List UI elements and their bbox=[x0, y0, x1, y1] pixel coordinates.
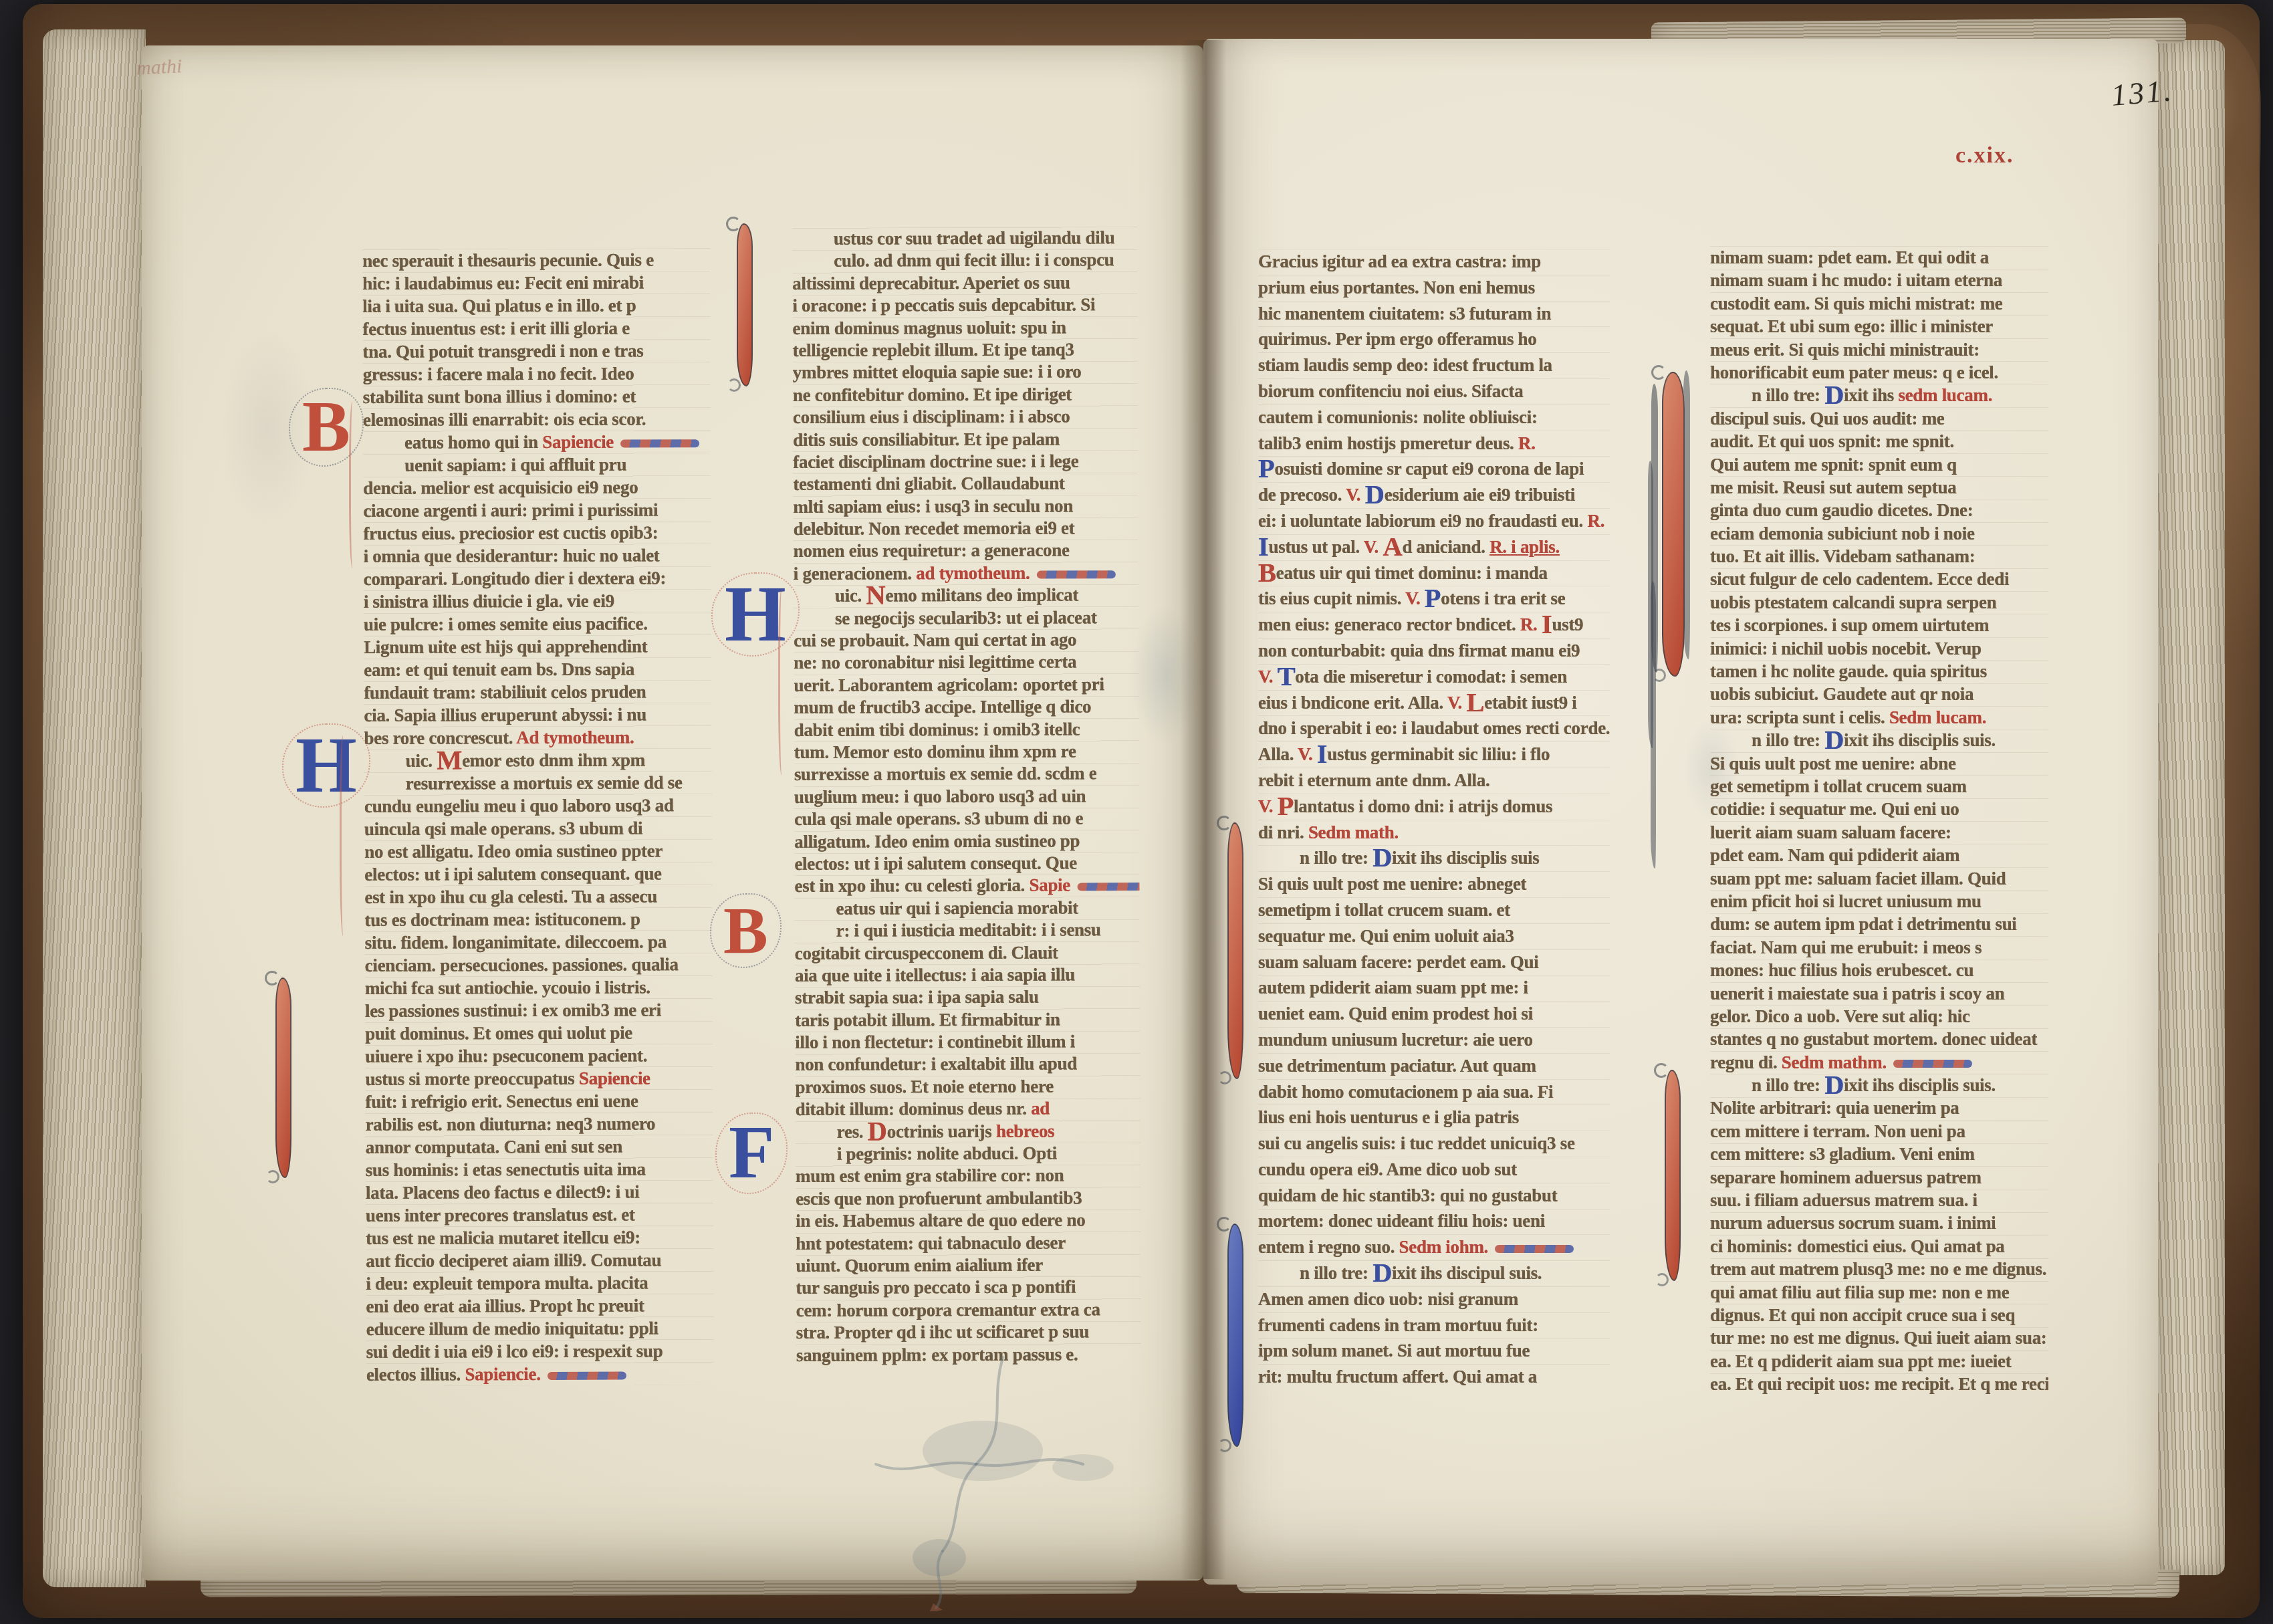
text-line: mortem: donec uideant filiu hois: ueni bbox=[1258, 1208, 1610, 1234]
text-line: ura: scripta sunt i celis. Sedm lucam. bbox=[1710, 706, 2048, 729]
body-text: men eius: generaco rector bndicet. bbox=[1258, 614, 1520, 634]
text-line: lia i uita sua. Qui platus e in illo. et… bbox=[362, 294, 710, 318]
body-text: cui se probauit. Nam qui certat in ago bbox=[794, 629, 1076, 650]
text-line: entem i regno suo. Sedm iohm. bbox=[1258, 1234, 1610, 1260]
body-text: emo militans deo implicat bbox=[885, 585, 1078, 606]
body-text: altissimi deprecabitur. Aperiet os suu bbox=[792, 272, 1070, 293]
versal-letter: L bbox=[1467, 690, 1485, 716]
text-line: tuo. Et ait illis. Videbam sathanam: bbox=[1710, 545, 2048, 568]
text-line: discipul suis. Qui uos audit: me bbox=[1710, 407, 2048, 430]
body-text: educere illum de medio iniquitatu: ppli bbox=[366, 1318, 659, 1339]
marginal-note: mathi bbox=[136, 55, 183, 80]
text-line: tna. Qui potuit transgredi i non e tras bbox=[363, 339, 711, 363]
text-line: audit. Et qui uos spnit: me spnit. bbox=[1710, 430, 2048, 453]
body-text: tur sanguis pro peccato i sca p pontifi bbox=[796, 1277, 1076, 1298]
body-text: i omnia que desiderantur: huic no ualet bbox=[364, 545, 660, 566]
body-text: etabit iust9 i bbox=[1484, 693, 1576, 713]
body-text: frumenti cadens in tram mortuu fuit: bbox=[1258, 1315, 1538, 1335]
text-line: non confundetur: i exaltabit illu apud bbox=[795, 1053, 1140, 1076]
body-text: cundu eungeliu meu i quo laboro usq3 ad bbox=[364, 795, 674, 816]
body-text: comparari. Longitudo dier i dextera ei9: bbox=[364, 568, 667, 589]
text-line: uenerit i maiestate sua i patris i scoy … bbox=[1710, 982, 2048, 1005]
line-filler-ornament bbox=[1036, 570, 1115, 578]
body-text: eatus uir qui i sapiencia morabit bbox=[836, 897, 1079, 918]
text-line: mum de fructib3 accipe. Intellige q dico bbox=[794, 695, 1139, 719]
text-line: nimam suam i hc mudo: i uitam eterna bbox=[1710, 269, 2048, 292]
body-text: tis eius cupit nimis. bbox=[1258, 588, 1405, 608]
text-line: rit: multu fructum affert. Qui amat a bbox=[1258, 1364, 1610, 1390]
body-text: nomen eius requiretur: a generacone bbox=[794, 540, 1070, 561]
manuscript-photo: mathi 131. c.xix. nec sperauit i thesaur… bbox=[0, 0, 2273, 1624]
body-text: tus est ne malicia mutaret itellcu ei9: bbox=[366, 1227, 640, 1248]
body-text: est in xpo ihu: cu celesti gloria. bbox=[794, 875, 1029, 896]
text-line: ditabit illum: dominus deus nr. ad bbox=[796, 1097, 1141, 1121]
body-text: cotidie: i sequatur me. Qui eni uo bbox=[1710, 799, 1959, 819]
rubric-text: Sedm math. bbox=[1308, 822, 1399, 842]
body-text: ei: i uoluntate labiorum ei9 no fraudast… bbox=[1258, 511, 1587, 531]
text-line: ci hominis: domestici eius. Qui amat pa bbox=[1710, 1235, 2048, 1258]
text-line: Gracius igitur ad ea extra castra: imp bbox=[1258, 249, 1610, 275]
body-text: eatus uir qui timet dominu: i manda bbox=[1276, 563, 1548, 583]
rubric-text: V. bbox=[1298, 744, 1312, 764]
body-text: sequatur me. Qui enim uoluit aia3 bbox=[1258, 926, 1514, 946]
body-text: dabit homo comutacionem p aia sua. Fi bbox=[1258, 1082, 1553, 1102]
rubric-text: Sedm iohm. bbox=[1399, 1237, 1489, 1257]
text-line: cem mittere i terram. Non ueni pa bbox=[1710, 1120, 2048, 1143]
body-text: uenit sapiam: i qui affluit pru bbox=[404, 455, 626, 475]
text-line: dabit homo comutacionem p aia sua. Fi bbox=[1258, 1079, 1610, 1105]
body-text: esiderium aie ei9 tribuisti bbox=[1385, 485, 1575, 505]
body-text: delebitur. Non recedet memoria ei9 et bbox=[794, 518, 1075, 539]
rubric-text: V. bbox=[1405, 588, 1420, 608]
body-text: entem i regno suo. bbox=[1258, 1237, 1399, 1257]
text-line: se negocijs secularib3: ut ei placeat bbox=[794, 606, 1139, 630]
text-line: di nri. Sedm math. bbox=[1258, 820, 1610, 846]
body-text: dno i sperabit i eo: i laudabut omes rec… bbox=[1258, 718, 1610, 738]
text-line: educere illum de medio iniquitatu: ppli bbox=[366, 1316, 714, 1341]
text-line: i omnia que desiderantur: huic no ualet bbox=[364, 544, 711, 568]
text-line: les passiones sustinui: i ex omib3 me er… bbox=[365, 998, 713, 1022]
body-text: Si quis uult post me uenire: abneget bbox=[1258, 874, 1526, 894]
text-line: uie pulcre: i omes semite eius pacifice. bbox=[364, 612, 711, 636]
body-text: Alla. bbox=[1258, 744, 1298, 764]
body-text: enim pficit hoi si lucret uniusum mu bbox=[1710, 891, 1982, 911]
rubric-text: V. bbox=[1258, 796, 1273, 816]
body-text: uic. bbox=[835, 586, 866, 606]
text-line: eatus uir qui i sapiencia morabit bbox=[795, 897, 1140, 920]
body-text: ci hominis: domestici eius. Qui amat pa bbox=[1710, 1236, 2005, 1256]
rubric-text: Sedm lucam. bbox=[1889, 707, 1986, 727]
text-line: me misit. Reusi sut autem septua bbox=[1710, 476, 2048, 499]
text-line: qui amat filiu aut filia sup me: non e m… bbox=[1710, 1281, 2048, 1304]
versal-letter: D bbox=[1824, 384, 1844, 407]
body-text: cundu opera ei9. Ame dico uob sut bbox=[1258, 1159, 1517, 1179]
text-line: dencia. melior est acquisicio ei9 nego bbox=[363, 475, 711, 499]
text-line: i deu: expleuit tempora multa. placita bbox=[366, 1271, 713, 1295]
text-line: Iustus ut pal. V. Ad aniciand. R. i apli… bbox=[1258, 534, 1610, 560]
text-line: uenit sapiam: i qui affluit pru bbox=[363, 453, 711, 477]
versal-letter: P bbox=[1425, 586, 1441, 612]
text-line: nimam suam: pdet eam. Et qui odit a bbox=[1710, 246, 2048, 269]
body-text: ea. Et qui recipit uos: me recipit. Et q… bbox=[1710, 1374, 2048, 1394]
rubric-text: Sapiencie bbox=[579, 1068, 650, 1088]
body-text: se negocijs secularib3: ut ei placeat bbox=[835, 607, 1097, 628]
text-line: regnu di. Sedm mathm. bbox=[1710, 1051, 2048, 1074]
text-line: stra. Propter qd i ihc ut scificaret p s… bbox=[796, 1320, 1141, 1344]
text-line: telligencie replebit illum. Et ipe tanq3 bbox=[793, 338, 1138, 362]
text-line: illo i non flectetur: i continebit illum… bbox=[795, 1030, 1140, 1054]
body-text: i deu: expleuit tempora multa. placita bbox=[366, 1272, 648, 1293]
versal-letter: D bbox=[1365, 482, 1385, 508]
rubric-text: V. bbox=[1346, 485, 1360, 505]
body-text: hic: i laudabimus eu: Fecit eni mirabi bbox=[362, 272, 644, 293]
body-text: puit dominus. Et omes qui uolut pie bbox=[365, 1023, 632, 1044]
body-text: fectus inuentus est: i erit illi gloria … bbox=[362, 318, 629, 339]
text-line: eni deo erat aia illius. Propt hc preuit bbox=[366, 1294, 713, 1318]
text-line: pdet eam. Nam qui pdiderit aiam bbox=[1710, 844, 2048, 866]
body-text: n illo tre: bbox=[1752, 1075, 1824, 1095]
versal-letter: P bbox=[1278, 794, 1294, 820]
text-line: Posuisti domine sr caput ei9 corona de l… bbox=[1258, 456, 1610, 482]
text-line: aia que uite i itellectus: i aia sapia i… bbox=[795, 963, 1140, 987]
body-text: emor esto dnm ihm xpm bbox=[462, 749, 645, 770]
text-line: Amen amen dico uob: nisi granum bbox=[1258, 1286, 1610, 1312]
text-line: testamenti dni gliabit. Collaudabunt bbox=[793, 472, 1138, 495]
body-text: uobis ptestatem calcandi supra serpen bbox=[1710, 592, 1996, 612]
text-line: Si quis uult post me uenire: abneget bbox=[1258, 871, 1610, 897]
text-line: rebit i eternum ante dnm. Alla. bbox=[1258, 768, 1610, 794]
body-text: uens inter precores translatus est. et bbox=[366, 1204, 635, 1225]
body-text: qui amat filiu aut filia sup me: non e m… bbox=[1710, 1282, 2009, 1302]
text-line: altissimi deprecabitur. Aperiet os suu bbox=[792, 271, 1137, 295]
body-text: autem pdiderit aiam suam ppt me: i bbox=[1258, 977, 1528, 998]
body-text: me misit. Reusi sut autem septua bbox=[1710, 477, 1956, 497]
line-filler-ornament bbox=[1893, 1060, 1972, 1068]
text-line: cundu eungeliu meu i quo laboro usq3 ad bbox=[364, 794, 712, 818]
line-filler-ornament bbox=[620, 439, 699, 447]
body-text: alligatum. Ideo enim omia sustineo pp bbox=[794, 830, 1080, 851]
text-line: res. Doctrinis uarijs hebreos bbox=[796, 1120, 1141, 1143]
text-line: Beatus uir qui timet dominu: i manda bbox=[1258, 560, 1610, 586]
page-edges-left bbox=[43, 29, 146, 1587]
text-line: uens inter precores translatus est. et bbox=[366, 1203, 713, 1227]
text-line: cautem i comunionis: nolite obliuisci: bbox=[1258, 404, 1610, 431]
text-line: faciet disciplinam doctrine sue: i i leg… bbox=[793, 450, 1138, 473]
body-text: tuo. Et ait illis. Videbam sathanam: bbox=[1710, 546, 1976, 566]
body-text: n illo tre: bbox=[1752, 385, 1824, 405]
text-line: non conturbabit: quia dns firmat manu ei… bbox=[1258, 638, 1610, 664]
body-text: testamenti dni gliabit. Collaudabunt bbox=[793, 473, 1064, 494]
body-text: audit. Et qui uos spnit: me spnit. bbox=[1710, 431, 1954, 451]
body-text: ea. Et q pdiderit aiam sua ppt me: iueie… bbox=[1710, 1351, 2011, 1371]
text-line: ea. Et qui recipit uos: me recipit. Et q… bbox=[1710, 1373, 2048, 1395]
body-text: otens i tra erit se bbox=[1441, 588, 1565, 608]
body-text: get semetipm i tollat crucem suam bbox=[1710, 776, 1967, 796]
text-line: tus est ne malicia mutaret itellcu ei9: bbox=[366, 1226, 713, 1250]
body-text: meus erit. Si quis michi ministrauit: bbox=[1710, 340, 1980, 360]
body-text: i generacionem. bbox=[794, 563, 917, 584]
decorated-initial-I bbox=[275, 977, 291, 1178]
decorated-initial-H: H bbox=[725, 583, 786, 646]
text-line: Qui autem me spnit: spnit eum q bbox=[1710, 453, 2048, 476]
body-text: ginta duo cum gaudio dicetes. Dne: bbox=[1710, 500, 1973, 520]
body-text: eam: et qui tenuit eam bs. Dns sapia bbox=[364, 659, 634, 679]
text-line: surrexisse a mortuis ex semie dd. scdm e bbox=[794, 762, 1139, 786]
body-text: Si quis uult post me uenire: abne bbox=[1710, 753, 1956, 774]
text-line: cem mittere: s3 gladium. Veni enim bbox=[1710, 1143, 2048, 1165]
text-line: fructus eius. preciosior est cuctis opib… bbox=[363, 521, 711, 545]
text-line: uic. Memor esto dnm ihm xpm bbox=[364, 748, 712, 772]
text-line: i pegrinis: nolite abduci. Opti bbox=[796, 1142, 1141, 1165]
body-text: mones: huc filius hois erubescet. cu bbox=[1710, 960, 1973, 980]
body-text: mlti sapiam eius: i usq3 in seculu non bbox=[793, 495, 1073, 516]
body-text: lia i uita sua. Qui platus e in illo. et… bbox=[362, 295, 636, 316]
text-line: quidam de hic stantib3: qui no gustabut bbox=[1258, 1183, 1610, 1209]
text-line: semetipm i tollat crucem suam. et bbox=[1258, 897, 1610, 923]
text-line: ne confitebitur domino. Et ipe diriget bbox=[793, 383, 1138, 407]
body-text: telligencie replebit illum. Et ipe tanq3 bbox=[793, 339, 1074, 360]
body-text: illo i non flectetur: i continebit illum… bbox=[795, 1031, 1075, 1052]
text-line: biorum confitenciu noi eius. Sifacta bbox=[1258, 378, 1610, 404]
body-text: suam saluam facere: perdet eam. Qui bbox=[1258, 952, 1538, 972]
text-line: ustus cor suu tradet ad uigilandu dilu bbox=[792, 227, 1137, 250]
body-text: tes i scorpiones. i sup omem uirtutem bbox=[1710, 615, 1989, 635]
body-text: talib3 enim hostijs pmeretur deus. bbox=[1258, 433, 1518, 453]
chapter-mark: c.xix. bbox=[1955, 143, 2014, 168]
text-line: no est alligatu. Ideo omia sustineo ppte… bbox=[364, 839, 712, 863]
text-column-3: Gracius igitur ad ea extra castra: imppr… bbox=[1258, 249, 1610, 1390]
body-text: situ. fidem. longanimitate. dileccoem. p… bbox=[365, 931, 667, 953]
body-text: n illo tre: bbox=[1300, 848, 1372, 868]
pen-flourish bbox=[349, 401, 358, 568]
text-line: autem pdiderit aiam suam ppt me: i bbox=[1258, 975, 1610, 1001]
body-text: semetipm i tollat crucem suam. et bbox=[1258, 900, 1510, 920]
body-text: ixit ihs disciplis suis bbox=[1392, 848, 1539, 868]
body-text: lius eni hois uenturus e i glia patris bbox=[1258, 1107, 1519, 1127]
text-line: dignus. Et qui non accipit cruce sua i s… bbox=[1710, 1304, 2048, 1326]
text-line: ea. Et q pdiderit aiam sua ppt me: iueie… bbox=[1710, 1350, 2048, 1373]
text-line: inimici: i nichil uobis nocebit. Verup bbox=[1710, 637, 2048, 660]
body-text: r: i qui i iusticia meditabit: i i sensu bbox=[836, 919, 1101, 940]
body-text: n illo tre: bbox=[1300, 1263, 1372, 1283]
text-line: cogitabit circuspecconem di. Clauit bbox=[795, 941, 1140, 965]
text-line: nomen eius requiretur: a generacone bbox=[794, 540, 1139, 563]
text-line: talib3 enim hostijs pmeretur deus. R. bbox=[1258, 431, 1610, 457]
body-text: sui cu angelis suis: i tuc reddet unicui… bbox=[1258, 1133, 1575, 1153]
text-line: frumenti cadens in tram mortuu fuit: bbox=[1258, 1312, 1610, 1339]
body-text: stra. Propter qd i ihc ut scificaret p s… bbox=[796, 1322, 1089, 1343]
body-text: stabilita sunt bona illius i domino: et bbox=[363, 386, 636, 407]
body-text: separare hominem aduersus patrem bbox=[1710, 1167, 1982, 1187]
text-line: tum. Memor esto dominu ihm xpm re bbox=[794, 740, 1139, 764]
text-line: Alla. V. Iustus germinabit sic liliu: i … bbox=[1258, 741, 1610, 768]
body-text: fundauit tram: stabiliuit celos pruden bbox=[364, 681, 646, 702]
body-text: hnt potestatem: qui tabnaculo deser bbox=[796, 1232, 1066, 1253]
ink-stain bbox=[802, 1351, 1177, 1611]
body-text: mum est enim gra stabilire cor: non bbox=[796, 1165, 1064, 1186]
body-text: nimam suam i hc mudo: i uitam eterna bbox=[1710, 270, 2002, 290]
body-text: sue detrimentum paciatur. Aut quam bbox=[1258, 1056, 1536, 1076]
text-line: mundum uniusum lucretur: aie uero bbox=[1258, 1027, 1610, 1053]
body-text: dum: se autem ipm pdat i detrimentu sui bbox=[1710, 914, 2017, 934]
text-line: resurrexisse a mortuis ex semie dd se bbox=[364, 771, 712, 795]
body-text: eatus homo qui in bbox=[404, 432, 542, 453]
body-text: ixit ihs disciplis suis. bbox=[1844, 730, 1996, 750]
body-text: est in xpo ihu cu gla celesti. Tu a asse… bbox=[364, 886, 657, 907]
text-line: culo. ad dnm qui fecit illu: i i conspcu bbox=[792, 249, 1137, 272]
body-text: hic manentem ciuitatem: s3 futuram in bbox=[1258, 304, 1551, 324]
line-filler-ornament bbox=[548, 1371, 626, 1379]
body-text: uincula qsi male operans. s3 ubum di bbox=[364, 818, 642, 838]
text-line: hic manentem ciuitatem: s3 futuram in bbox=[1258, 301, 1610, 327]
body-text: in eis. Habemus altare de quo edere no bbox=[796, 1210, 1085, 1232]
body-text: quidam de hic stantib3: qui no gustabut bbox=[1258, 1185, 1557, 1205]
rubric-text: Sedm mathm. bbox=[1782, 1052, 1887, 1072]
versal-letter: T bbox=[1278, 664, 1296, 690]
body-text: uuglium meu: i quo laboro usq3 ad uin bbox=[794, 786, 1086, 807]
body-text: aia que uite i itellectus: i aia sapia i… bbox=[795, 964, 1075, 985]
body-text: Lignum uite est hijs qui apprehendint bbox=[364, 636, 647, 657]
body-text: escis que non profuerunt ambulantib3 bbox=[796, 1187, 1082, 1208]
rubric-text: Sapiencie. bbox=[465, 1364, 540, 1384]
versal-letter: A bbox=[1383, 534, 1402, 560]
body-text: d aniciand. bbox=[1402, 537, 1489, 557]
text-line: n illo tre: Dixit ihs disciplis suis. bbox=[1710, 729, 2048, 751]
text-line: uic. Nemo militans deo implicat bbox=[794, 584, 1139, 607]
body-text: mundum uniusum lucretur: aie uero bbox=[1258, 1030, 1533, 1050]
book-gutter bbox=[1181, 40, 1226, 1579]
body-text: faciet disciplinam doctrine sue: i i leg… bbox=[793, 451, 1078, 471]
rubric-text: Sapiencie bbox=[542, 432, 614, 452]
body-text: di nri. bbox=[1258, 822, 1308, 842]
body-text: tus es doctrinam mea: istituconem. p bbox=[364, 909, 640, 929]
body-text: dencia. melior est acquisicio ei9 nego bbox=[363, 477, 638, 497]
text-line: cem: horum corpora cremantur extra ca bbox=[796, 1298, 1141, 1322]
body-text: ustus germinabit sic liliu: i flo bbox=[1327, 744, 1550, 764]
text-line: bes rore concrescut. Ad tymotheum. bbox=[364, 725, 712, 749]
text-line: Lignum uite est hijs qui apprehendint bbox=[364, 634, 711, 659]
body-text: Qui autem me spnit: spnit eum q bbox=[1710, 455, 1957, 475]
body-text: mortem: donec uideant filiu hois: ueni bbox=[1258, 1211, 1545, 1231]
text-line: aut ficcio deciperet aiam illi9. Comutau bbox=[366, 1248, 713, 1272]
text-line: V. Tota die miseretur i comodat: i semen bbox=[1258, 664, 1610, 690]
body-text: strabit sapia sua: i ipa sapia salu bbox=[795, 987, 1039, 1008]
text-line: sue detrimentum paciatur. Aut quam bbox=[1258, 1053, 1610, 1079]
text-line: honorificabit eum pater meus: q e icel. bbox=[1710, 361, 2048, 384]
text-line: faciat. Nam qui me erubuit: i meos s bbox=[1710, 936, 2048, 959]
body-text: cienciam. persecuciones. passiones. qual… bbox=[365, 954, 679, 975]
text-line: ginta duo cum gaudio dicetes. Dne: bbox=[1710, 499, 2048, 521]
text-line: stantes q no gustabut mortem. donec uide… bbox=[1710, 1028, 2048, 1050]
body-text: i sinistra illius diuicie i gla. vie ei9 bbox=[364, 591, 614, 612]
decorated-initial-I bbox=[1227, 822, 1243, 1079]
text-line: uuglium meu: i quo laboro usq3 ad uin bbox=[794, 785, 1139, 808]
text-line: uobis subiciut. Gaudete aut qr noia bbox=[1710, 683, 2048, 705]
text-line: n illo tre: Dixit ihs sedm lucam. bbox=[1710, 384, 2048, 407]
body-text: ne confitebitur domino. Et ipe diriget bbox=[793, 384, 1072, 404]
rubric-text: sedm lucam. bbox=[1898, 385, 1992, 405]
text-column-4: nimam suam: pdet eam. Et qui odit animam… bbox=[1710, 246, 2048, 1396]
versal-letter: N bbox=[866, 584, 885, 607]
text-line: prium eius portantes. Non eni hemus bbox=[1258, 275, 1610, 301]
body-text: sui dedit i uia ei9 i lco ei9: i respexi… bbox=[366, 1341, 663, 1362]
text-line: sui dedit i uia ei9 i lco ei9: i respexi… bbox=[366, 1339, 714, 1363]
text-line: uerit. Laborantem agricolam: oportet pri bbox=[794, 673, 1139, 697]
text-line: ustus si morte preoccupatus Sapiencie bbox=[365, 1066, 713, 1090]
rubric-text: ad bbox=[1031, 1098, 1050, 1119]
body-text: suu. i filiam aduersus matrem sua. i bbox=[1710, 1190, 1978, 1210]
page-number: 131. bbox=[2110, 72, 2175, 113]
versal-letter: D bbox=[1824, 1074, 1844, 1096]
body-text: ota die miseretur i comodat: i semen bbox=[1295, 667, 1567, 687]
body-text: fructus eius. preciosior est cuctis opib… bbox=[363, 522, 658, 544]
body-text: sicut fulgur de celo cadentem. Ecce dedi bbox=[1710, 569, 2009, 589]
versal-letter: D bbox=[1372, 845, 1392, 871]
body-text: ustus cor suu tradet ad uigilandu dilu bbox=[834, 227, 1114, 248]
text-line: men eius: generaco rector bndicet. R. Iu… bbox=[1258, 612, 1610, 638]
text-line: in eis. Habemus altare de quo edere no bbox=[796, 1209, 1141, 1232]
text-line: alligatum. Ideo enim omia sustineo pp bbox=[794, 830, 1139, 853]
text-line: gressus: i facere mala i no fecit. Ideo bbox=[363, 362, 711, 386]
body-text: non conturbabit: quia dns firmat manu ei… bbox=[1258, 641, 1580, 661]
body-text: nimam suam: pdet eam. Et qui odit a bbox=[1710, 247, 1989, 267]
body-text: electos: ut i ipi salutem consequt. Que bbox=[794, 852, 1077, 873]
body-text: fuit: i refrigio erit. Senectus eni uene bbox=[365, 1090, 638, 1111]
text-line: strabit sapia sua: i ipa sapia salu bbox=[795, 985, 1140, 1009]
text-line: lius eni hois uenturus e i glia patris bbox=[1258, 1105, 1610, 1131]
body-text: Amen amen dico uob: nisi granum bbox=[1258, 1289, 1518, 1309]
body-text: stantes q no gustabut mortem. donec uide… bbox=[1710, 1029, 2037, 1049]
body-text: ustus si morte preoccupatus bbox=[365, 1068, 579, 1089]
body-text: cem: horum corpora cremantur extra ca bbox=[796, 1299, 1100, 1320]
text-line: Nolite arbitrari: quia uenerim pa bbox=[1710, 1096, 2048, 1119]
text-line: cienciam. persecuciones. passiones. qual… bbox=[365, 953, 713, 977]
versal-letter: D bbox=[1372, 1260, 1392, 1286]
versal-letter: I bbox=[1317, 741, 1327, 768]
text-line: r: i qui i iusticia meditabit: i i sensu bbox=[795, 919, 1140, 942]
text-line: uiunt. Quorum enim aialium ifer bbox=[796, 1254, 1141, 1277]
text-line: eam: et qui tenuit eam bs. Dns sapia bbox=[364, 657, 711, 681]
text-line: trem aut matrem plusq3 me: no e me dignu… bbox=[1710, 1258, 2048, 1280]
body-text: tur me: no est me dignus. Qui iueit aiam… bbox=[1710, 1328, 2048, 1348]
text-line: dabit enim tibi dominus: i omib3 itellc bbox=[794, 718, 1139, 741]
text-line: V. Plantatus i domo dni: i atrijs domus bbox=[1258, 794, 1610, 820]
body-text: ipm solum manet. Si aut mortuu fue bbox=[1258, 1341, 1530, 1361]
body-text: uic. bbox=[406, 751, 437, 771]
body-text: no est alligatu. Ideo omia sustineo ppte… bbox=[364, 840, 663, 862]
text-line: eatus homo qui in Sapiencie bbox=[363, 430, 711, 454]
body-text: cula qsi male operans. s3 ubum di no e bbox=[794, 808, 1083, 830]
body-text: ixit ihs discipul suis. bbox=[1392, 1263, 1542, 1283]
versal-letter: I bbox=[1542, 612, 1552, 638]
text-line: electos: ut i ipi salutem consequt. Que bbox=[794, 852, 1139, 875]
body-text: osuisti domine sr caput ei9 corona de la… bbox=[1274, 459, 1584, 479]
body-text: rebit i eternum ante dnm. Alla. bbox=[1258, 770, 1489, 790]
body-text: culo. ad dnm qui fecit illu: i i conspcu bbox=[834, 250, 1114, 271]
body-text: taris potabit illum. Et firmabitur in bbox=[795, 1009, 1060, 1030]
rubric-text: V. bbox=[1364, 537, 1379, 557]
body-text: ura: scripta sunt i celis. bbox=[1710, 707, 1889, 727]
text-line: eius i bndicone erit. Alla. V. Letabit i… bbox=[1258, 690, 1610, 716]
body-text: enim dominus magnus uoluit: spu in bbox=[792, 317, 1066, 338]
body-text: ixit ihs bbox=[1844, 385, 1898, 405]
text-line: cula qsi male operans. s3 ubum di no e bbox=[794, 807, 1139, 830]
body-text: uobis subiciut. Gaudete aut qr noia bbox=[1710, 684, 1973, 704]
text-line: fectus inuentus est: i erit illi gloria … bbox=[362, 316, 710, 340]
text-line: n illo tre: Dixit ihs disciplis suis. bbox=[1710, 1074, 2048, 1096]
body-text: i oracone: i p peccatis suis depcabitur.… bbox=[792, 294, 1095, 316]
body-text: eciam demonia subiciunt nob i noie bbox=[1710, 524, 1975, 544]
